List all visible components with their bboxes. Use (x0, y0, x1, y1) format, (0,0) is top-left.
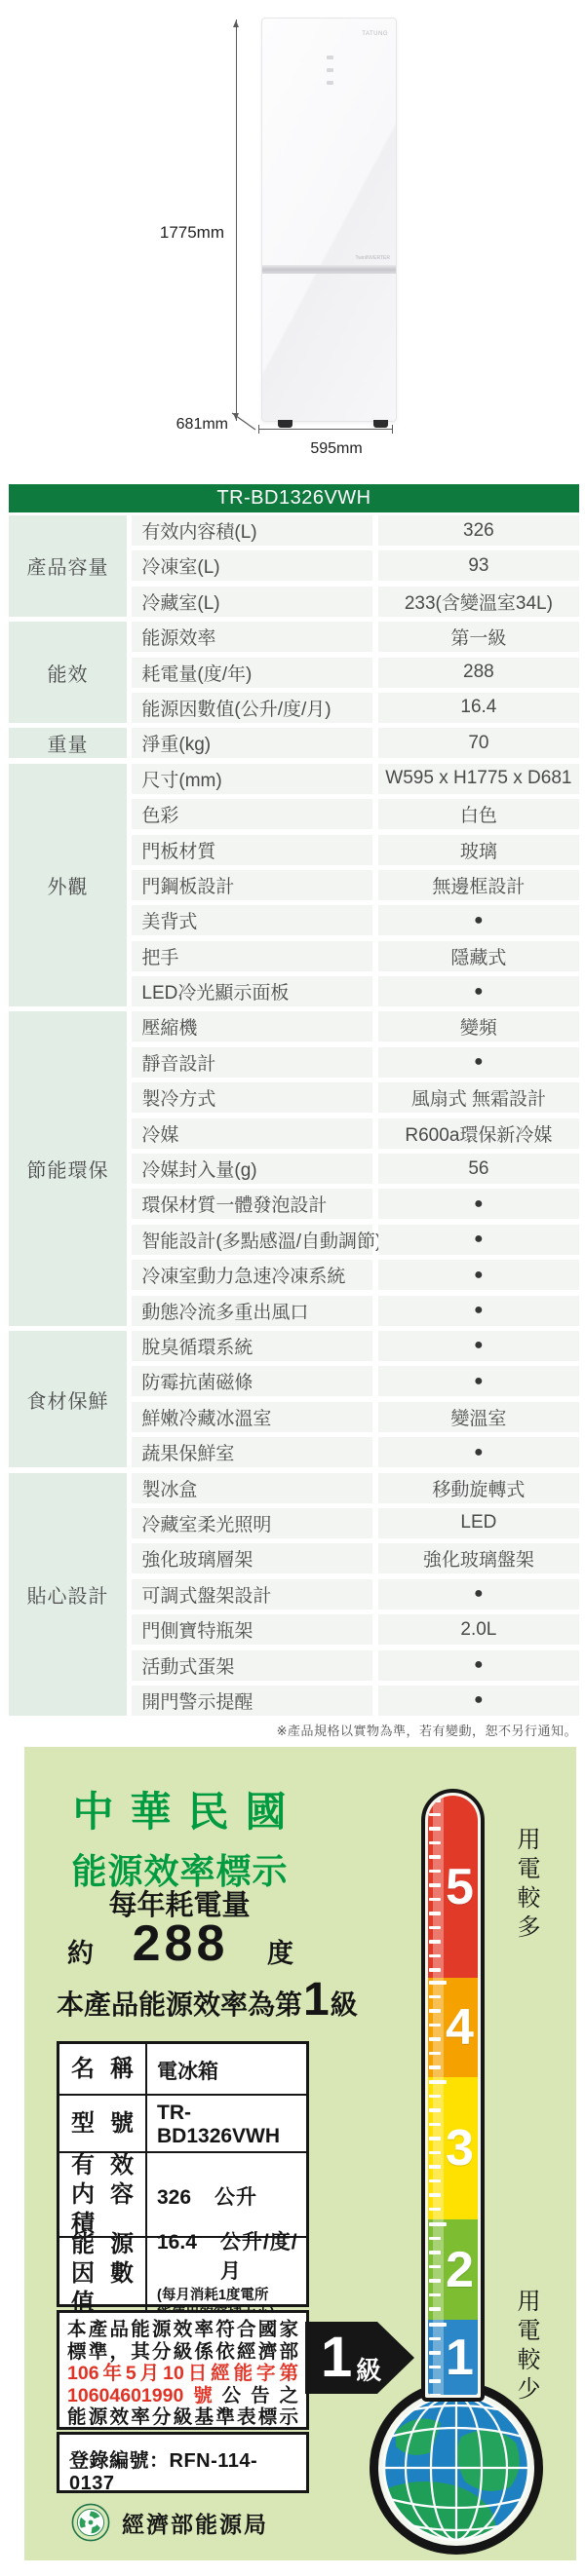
label-table-value: 326公升 (147, 2153, 306, 2236)
spec-value: 變溫室 (378, 1402, 579, 1432)
spec-row: 製冷方式風扇式 無霜設計 (132, 1082, 579, 1113)
spec-row: 防霉抗菌磁條● (132, 1366, 579, 1396)
fridge-foot (278, 420, 292, 428)
spec-rows: 壓縮機變頻靜音設計●製冷方式風扇式 無霜設計冷媒R600a環保新冷媒冷媒封入量(… (132, 1011, 579, 1325)
scale-tick (429, 1926, 441, 1930)
label-table-row: 能源 因數值16.4公升/度/月(每月消耗1度電所 能使用的容積大小) (59, 2238, 306, 2310)
arrow-grade-number: 1 (321, 2330, 352, 2386)
spec-value: 326 (378, 515, 579, 546)
spec-row: 可調式盤架設計● (132, 1579, 579, 1610)
width-dimension-label: 595mm (292, 440, 380, 458)
spec-value: 2.0L (378, 1614, 579, 1645)
label-table-value-main: TR-BD1326VWH (157, 2102, 298, 2148)
spec-attribute: 活動式蛋架 (132, 1650, 372, 1681)
scale-tick (429, 2366, 441, 2369)
scale-tick (429, 2222, 447, 2226)
scale-tick (429, 2251, 441, 2254)
registration-box: 登錄編號：RFN-114-0137 (57, 2432, 309, 2493)
spec-rows: 脫臭循環系統●防霉抗菌磁條●鮮嫩冷藏冰溫室變溫室蔬果保鮮室● (132, 1331, 579, 1467)
spec-value: LED (378, 1508, 579, 1538)
scale-tick (429, 2379, 441, 2383)
scale-tick (429, 2337, 441, 2341)
scale-tick (429, 2123, 441, 2127)
spec-body: 產品容量有效内容積(L)326冷凍室(L)93冷藏室(L)233(含變溫室34L… (9, 515, 579, 1716)
label-title-line1: 中華民國 (40, 1780, 335, 1838)
spec-row: LED冷光顯示面板● (132, 976, 579, 1006)
spec-attribute: 防霉抗菌磁條 (132, 1366, 372, 1396)
level-highlight (433, 2219, 444, 2320)
spec-value: 70 (378, 728, 579, 758)
width-dimension-line (258, 429, 393, 430)
notice-segment: 本產品能源效率符合國家 (67, 2319, 298, 2340)
label-table-value: TR-BD1326VWH (147, 2096, 306, 2151)
height-dimension-label: 1775mm (146, 223, 224, 243)
scale-tick (429, 1912, 441, 1915)
spec-attribute: 製冰盒 (132, 1473, 372, 1503)
spec-rows: 製冰盒移動旋轉式冷藏室柔光照明LED強化玻璃層架強化玻璃盤架可調式盤架設計●門側… (132, 1473, 579, 1716)
spec-row: 環保材質一體發泡設計● (132, 1189, 579, 1219)
label-table-value-main: 16.4公升/度/月 (157, 2226, 298, 2285)
feature-dot: ● (378, 1579, 579, 1610)
feature-dot: ● (378, 1189, 579, 1219)
label-table-row: 型號TR-BD1326VWH (59, 2096, 306, 2153)
spec-attribute: 蔬果保鮮室 (132, 1437, 372, 1467)
feature-dot: ● (378, 976, 579, 1006)
value-unit: 公升/度/月 (220, 2226, 298, 2285)
scale-tick (429, 2095, 441, 2099)
depth-dimension-line (230, 411, 259, 433)
spec-attribute: 門鋼板設計 (132, 870, 372, 900)
spec-row: 開門警示提醒● (132, 1686, 579, 1716)
standard-notice-box: 本產品能源效率符合國家標準，其分級係依經濟部106年5月10日經能字第10604… (57, 2310, 309, 2430)
feature-dot: ● (378, 1437, 579, 1467)
height-dimension-line (236, 19, 237, 421)
efficiency-thermometer: 54321 (421, 1789, 485, 2402)
depth-dimension-label: 681mm (166, 416, 228, 434)
notice-line: 標準，其分級係依經濟部 (67, 2341, 298, 2364)
scale-tick (429, 2151, 441, 2155)
scale-tick (429, 2293, 441, 2297)
label-info-table: 名稱電冰箱型號TR-BD1326VWH有效 内容積326公升能源 因數值16.4… (57, 2041, 309, 2307)
feature-dot: ● (378, 1331, 579, 1361)
label-table-header: 有效 内容積 (59, 2153, 147, 2236)
spec-row: 色彩白色 (132, 799, 579, 829)
spec-value: 變頻 (378, 1011, 579, 1042)
notice-line: 106年5月10日經能字第 (67, 2363, 298, 2385)
notice-segment: 106年5月10日經能字第 (67, 2363, 298, 2384)
scale-tick (429, 1954, 441, 1958)
feature-dot: ● (378, 1260, 579, 1290)
scale-tick (429, 2208, 441, 2212)
spec-attribute: 淨重(kg) (132, 728, 372, 758)
grade-prefix: 本產品能源效率為第 (57, 1989, 302, 2021)
spec-rows: 尺寸(mm)W595 x H1775 x D681色彩白色門板材質玻璃門鋼板設計… (132, 764, 579, 1006)
spec-section: 重量淨重(kg)70 (9, 728, 579, 758)
scale-tick (429, 1883, 441, 1887)
kwh-unit: 度 (267, 1940, 293, 1969)
spec-row: 冷藏室柔光照明LED (132, 1508, 579, 1538)
feature-dot: ● (378, 1047, 579, 1078)
scale-tick (429, 2237, 441, 2241)
label-table-row: 名稱電冰箱 (59, 2044, 306, 2096)
grade-suffix: 級 (331, 1989, 358, 2021)
spec-row: 冷媒封入量(g)56 (132, 1154, 579, 1184)
spec-row: 美背式● (132, 905, 579, 935)
spec-row: 有效内容積(L)326 (132, 515, 579, 546)
spec-value: 無邊框設計 (378, 870, 579, 900)
thermometer-level-4: 4 (428, 1978, 478, 2077)
label-table-value: 16.4公升/度/月(每月消耗1度電所 能使用的容積大小) (147, 2238, 306, 2310)
spec-rows: 有效内容積(L)326冷凍室(L)93冷藏室(L)233(含變溫室34L) (132, 515, 579, 617)
scale-tick (429, 1940, 441, 1944)
product-figure: TATUNG TwinINVERTER 1775mm 681mm 595mm (0, 0, 585, 477)
control-panel-icons (327, 56, 333, 85)
thermometer-level-5: 5 (428, 1796, 478, 1978)
scale-tick (429, 2024, 441, 2027)
scale-tick (429, 2052, 441, 2056)
label-table-value-main: 326公升 (157, 2181, 298, 2211)
grade-number: 1 (303, 1979, 330, 2021)
spec-row: 淨重(kg)70 (132, 728, 579, 758)
spec-value: 56 (378, 1154, 579, 1184)
spec-value: 白色 (378, 799, 579, 829)
spec-row: 尺寸(mm)W595 x H1775 x D681 (132, 764, 579, 794)
spec-value: 93 (378, 550, 579, 581)
refrigerator-image: TATUNG TwinINVERTER (261, 18, 397, 422)
kwh-value: 288 (133, 1918, 229, 1969)
feature-dot: ● (378, 1366, 579, 1396)
notice-line: 能源效率分級基準表標示 (67, 2406, 298, 2429)
value-number: 326 (157, 2186, 191, 2210)
approx-text: 約 (67, 1940, 94, 1969)
spec-row: 把手隱藏式 (132, 941, 579, 971)
level-number: 1 (446, 2332, 474, 2383)
label-table-header-text: 能源 因數值 (59, 2230, 145, 2318)
scale-tick (429, 1855, 441, 1859)
value-number: TR-BD1326VWH (157, 2102, 298, 2148)
spec-attribute: 靜音設計 (132, 1047, 372, 1078)
fridge-foot (373, 420, 388, 428)
spec-rows: 能源效率第一級耗電量(度/年)288能源因數值(公升/度/月)16.4 (132, 622, 579, 723)
spec-attribute: 耗電量(度/年) (132, 658, 372, 688)
scale-tick (429, 2265, 441, 2269)
thermometer-level-3: 3 (428, 2077, 478, 2219)
spec-row: 活動式蛋架● (132, 1650, 579, 1681)
door-divider (262, 265, 396, 274)
feature-dot: ● (378, 1686, 579, 1716)
level-number: 3 (446, 2123, 474, 2174)
bureau-row: 經濟部能源局 (71, 2503, 268, 2542)
spec-row: 鮮嫩冷藏冰溫室變溫室 (132, 1402, 579, 1432)
label-table-header: 型號 (59, 2096, 147, 2151)
feature-dot: ● (378, 1225, 579, 1255)
notice-segment: 10604601990號 (67, 2385, 222, 2406)
spec-row: 蔬果保鮮室● (132, 1437, 579, 1467)
annual-consumption-value: 約 288 度 (67, 1918, 293, 1969)
value-number: 16.4 (157, 2231, 197, 2254)
level-highlight (433, 1978, 444, 2077)
spec-category: 產品容量 (9, 515, 127, 617)
label-table-header: 能源 因數值 (59, 2238, 147, 2310)
spec-row: 壓縮機變頻 (132, 1011, 579, 1042)
spec-row: 冷凍室動力急速冷凍系統● (132, 1260, 579, 1290)
spec-row: 冷凍室(L)93 (132, 550, 579, 581)
value-unit: 公升 (214, 2181, 257, 2211)
spec-row: 門側寶特瓶架2.0L (132, 1614, 579, 1645)
spec-section: 食材保鮮脫臭循環系統●防霉抗菌磁條●鮮嫩冷藏冰溫室變溫室蔬果保鮮室● (9, 1331, 579, 1467)
scale-tick (429, 2193, 441, 2197)
label-table-header: 名稱 (59, 2044, 147, 2094)
spec-attribute: 冷媒封入量(g) (132, 1154, 372, 1184)
spec-value: W595 x H1775 x D681 (378, 764, 579, 794)
spec-value: 16.4 (378, 693, 579, 723)
spec-category: 食材保鮮 (9, 1331, 127, 1467)
scale-tick (429, 1813, 441, 1817)
scale-tick (429, 1870, 441, 1874)
level-number: 2 (446, 2245, 474, 2295)
spec-row: 冷媒R600a環保新冷媒 (132, 1118, 579, 1149)
spec-category: 重量 (9, 728, 127, 758)
spec-attribute: 尺寸(mm) (132, 764, 372, 794)
efficiency-grade-line: 本產品能源效率為第 1 級 (57, 1979, 358, 2021)
arrow-grade-unit: 級 (356, 2351, 381, 2387)
scale-tick (429, 2080, 447, 2084)
value-number: 電冰箱 (157, 2056, 218, 2085)
spec-row: 門鋼板設計無邊框設計 (132, 870, 579, 900)
spec-section: 外觀尺寸(mm)W595 x H1775 x D681色彩白色門板材質玻璃門鋼板… (9, 764, 579, 1006)
label-table-value-main: 電冰箱 (157, 2056, 298, 2085)
spec-rows: 淨重(kg)70 (132, 728, 579, 758)
scale-tick (429, 2307, 441, 2311)
spec-attribute: 脫臭循環系統 (132, 1331, 372, 1361)
spec-attribute: 環保材質一體發泡設計 (132, 1189, 372, 1219)
level-highlight (433, 1796, 444, 1978)
label-table-header-text: 有效 内容積 (59, 2151, 145, 2239)
scale-tick (429, 1898, 441, 1902)
spec-value: 移動旋轉式 (378, 1473, 579, 1503)
spec-row: 門板材質玻璃 (132, 835, 579, 865)
feature-dot: ● (378, 1650, 579, 1681)
scale-tick (429, 2394, 441, 2396)
spec-table: TR-BD1326VWH 產品容量有效内容積(L)326冷凍室(L)93冷藏室(… (9, 484, 579, 1721)
earth-globe-icon (369, 2380, 544, 2556)
spec-attribute: 把手 (132, 941, 372, 971)
level-number: 5 (446, 1862, 474, 1913)
spec-category: 貼心設計 (9, 1473, 127, 1716)
spec-attribute: 鮮嫩冷藏冰溫室 (132, 1402, 372, 1432)
label-table-value: 電冰箱 (147, 2044, 306, 2094)
spec-attribute: 能源因數值(公升/度/月) (132, 693, 372, 723)
spec-attribute: 門板材質 (132, 835, 372, 865)
model-header: TR-BD1326VWH (9, 484, 579, 512)
scale-tick (429, 1968, 441, 1972)
spec-attribute: 可調式盤架設計 (132, 1579, 372, 1610)
spec-value: 233(含變溫室34L) (378, 587, 579, 617)
bureau-of-energy-logo (71, 2503, 110, 2542)
spec-attribute: 製冷方式 (132, 1082, 372, 1113)
spec-attribute: 冷藏室(L) (132, 587, 372, 617)
notice-segment: 能源效率分級基準表標示 (67, 2406, 298, 2428)
spec-row: 脫臭循環系統● (132, 1331, 579, 1361)
spec-attribute: LED冷光顯示面板 (132, 976, 372, 1006)
feature-dot: ● (378, 905, 579, 935)
spec-attribute: 動態冷流多重出風口 (132, 1296, 372, 1326)
feature-dot: ● (378, 1296, 579, 1326)
scale-tick (429, 2065, 441, 2069)
spec-row: 動態冷流多重出風口● (132, 1296, 579, 1326)
bureau-name: 經濟部能源局 (122, 2507, 268, 2539)
thermometer-level-2: 2 (428, 2219, 478, 2320)
spec-value: R600a環保新冷媒 (378, 1118, 579, 1149)
inverter-badge: TwinINVERTER (356, 255, 390, 261)
spec-attribute: 能源效率 (132, 622, 372, 652)
scale-tick (429, 1981, 447, 1985)
notice-line: 10604601990號公告之 (67, 2385, 298, 2407)
spec-attribute: 強化玻璃層架 (132, 1543, 372, 1573)
scale-tick (429, 2137, 441, 2140)
spec-row: 智能設計(多點感溫/自動調節)● (132, 1225, 579, 1255)
product-spec-page: TATUNG TwinINVERTER 1775mm 681mm 595mm T… (0, 0, 585, 2576)
spec-attribute: 冷凍室(L) (132, 550, 372, 581)
energy-efficiency-label: 中華民國 能源效率標示 每年耗電量 約 288 度 本產品能源效率為第 1 級 … (24, 1747, 576, 2560)
spec-value: 隱藏式 (378, 941, 579, 971)
notice-line: 本產品能源效率符合國家 (67, 2319, 298, 2341)
spec-section: 產品容量有效内容積(L)326冷凍室(L)93冷藏室(L)233(含變溫室34L… (9, 515, 579, 617)
spec-attribute: 智能設計(多點感溫/自動調節) (132, 1225, 372, 1255)
spec-row: 耗電量(度/年)288 (132, 658, 579, 688)
spec-value: 風扇式 無霜設計 (378, 1082, 579, 1113)
spec-row: 冷藏室(L)233(含變溫室34L) (132, 587, 579, 617)
spec-attribute: 冷藏室柔光照明 (132, 1508, 372, 1538)
spec-row: 製冰盒移動旋轉式 (132, 1473, 579, 1503)
scale-tick (429, 2179, 441, 2183)
spec-category: 能效 (9, 622, 127, 723)
scale-tick (429, 1827, 441, 1831)
spec-value: 第一級 (378, 622, 579, 652)
spec-row: 能源因數值(公升/度/月)16.4 (132, 693, 579, 723)
spec-attribute: 開門警示提醒 (132, 1686, 372, 1716)
scale-tick (429, 2351, 441, 2355)
level-highlight (433, 2320, 444, 2395)
label-table-header-text: 型號 (59, 2109, 145, 2139)
notice-segment: 標準，其分級係依經濟部 (67, 2341, 298, 2363)
spec-attribute: 壓縮機 (132, 1011, 372, 1042)
spec-section: 節能環保壓縮機變頻靜音設計●製冷方式風扇式 無霜設計冷媒R600a環保新冷媒冷媒… (9, 1011, 579, 1325)
spec-category: 節能環保 (9, 1011, 127, 1325)
label-title: 中華民國 能源效率標示 (40, 1780, 319, 1894)
spec-attribute: 有效内容積(L) (132, 515, 372, 546)
spec-category: 外觀 (9, 764, 127, 1006)
label-table-header-text: 名稱 (59, 2055, 145, 2084)
scale-tick (429, 1799, 441, 1802)
spec-row: 能源效率第一級 (132, 622, 579, 652)
spec-value: 強化玻璃盤架 (378, 1543, 579, 1573)
spec-attribute: 色彩 (132, 799, 372, 829)
spec-section: 能效能源效率第一級耗電量(度/年)288能源因數值(公升/度/月)16.4 (9, 622, 579, 723)
scale-tick (429, 2037, 441, 2041)
notice-segment: 公告之 (222, 2385, 298, 2406)
spec-attribute: 美背式 (132, 905, 372, 935)
spec-row: 靜音設計● (132, 1047, 579, 1078)
brand-logo: TATUNG (262, 31, 388, 37)
level-highlight (433, 2077, 444, 2219)
scale-tick (429, 1995, 441, 1999)
disclaimer-note: ※產品規格以實物為準，若有變動，恕不另行通知。 (277, 1721, 577, 1739)
scale-tick (429, 2279, 441, 2283)
scale-tick (429, 1841, 441, 1845)
scale-tick (429, 2009, 441, 2013)
more-power-label: 用電較多 (509, 1827, 543, 1944)
scale-tick (429, 2165, 441, 2169)
spec-section: 貼心設計製冰盒移動旋轉式冷藏室柔光照明LED強化玻璃層架強化玻璃盤架可調式盤架設… (9, 1473, 579, 1716)
thermometer-level-1: 1 (428, 2320, 478, 2395)
level-number: 4 (446, 2002, 474, 2053)
spec-attribute: 冷媒 (132, 1118, 372, 1149)
scale-tick (429, 2108, 441, 2112)
spec-value: 288 (378, 658, 579, 688)
scale-tick (429, 2323, 447, 2327)
spec-row: 強化玻璃層架強化玻璃盤架 (132, 1543, 579, 1573)
spec-attribute: 冷凍室動力急速冷凍系統 (132, 1260, 372, 1290)
spec-value: 玻璃 (378, 835, 579, 865)
spec-attribute: 門側寶特瓶架 (132, 1614, 372, 1645)
label-table-row: 有效 内容積326公升 (59, 2153, 306, 2238)
